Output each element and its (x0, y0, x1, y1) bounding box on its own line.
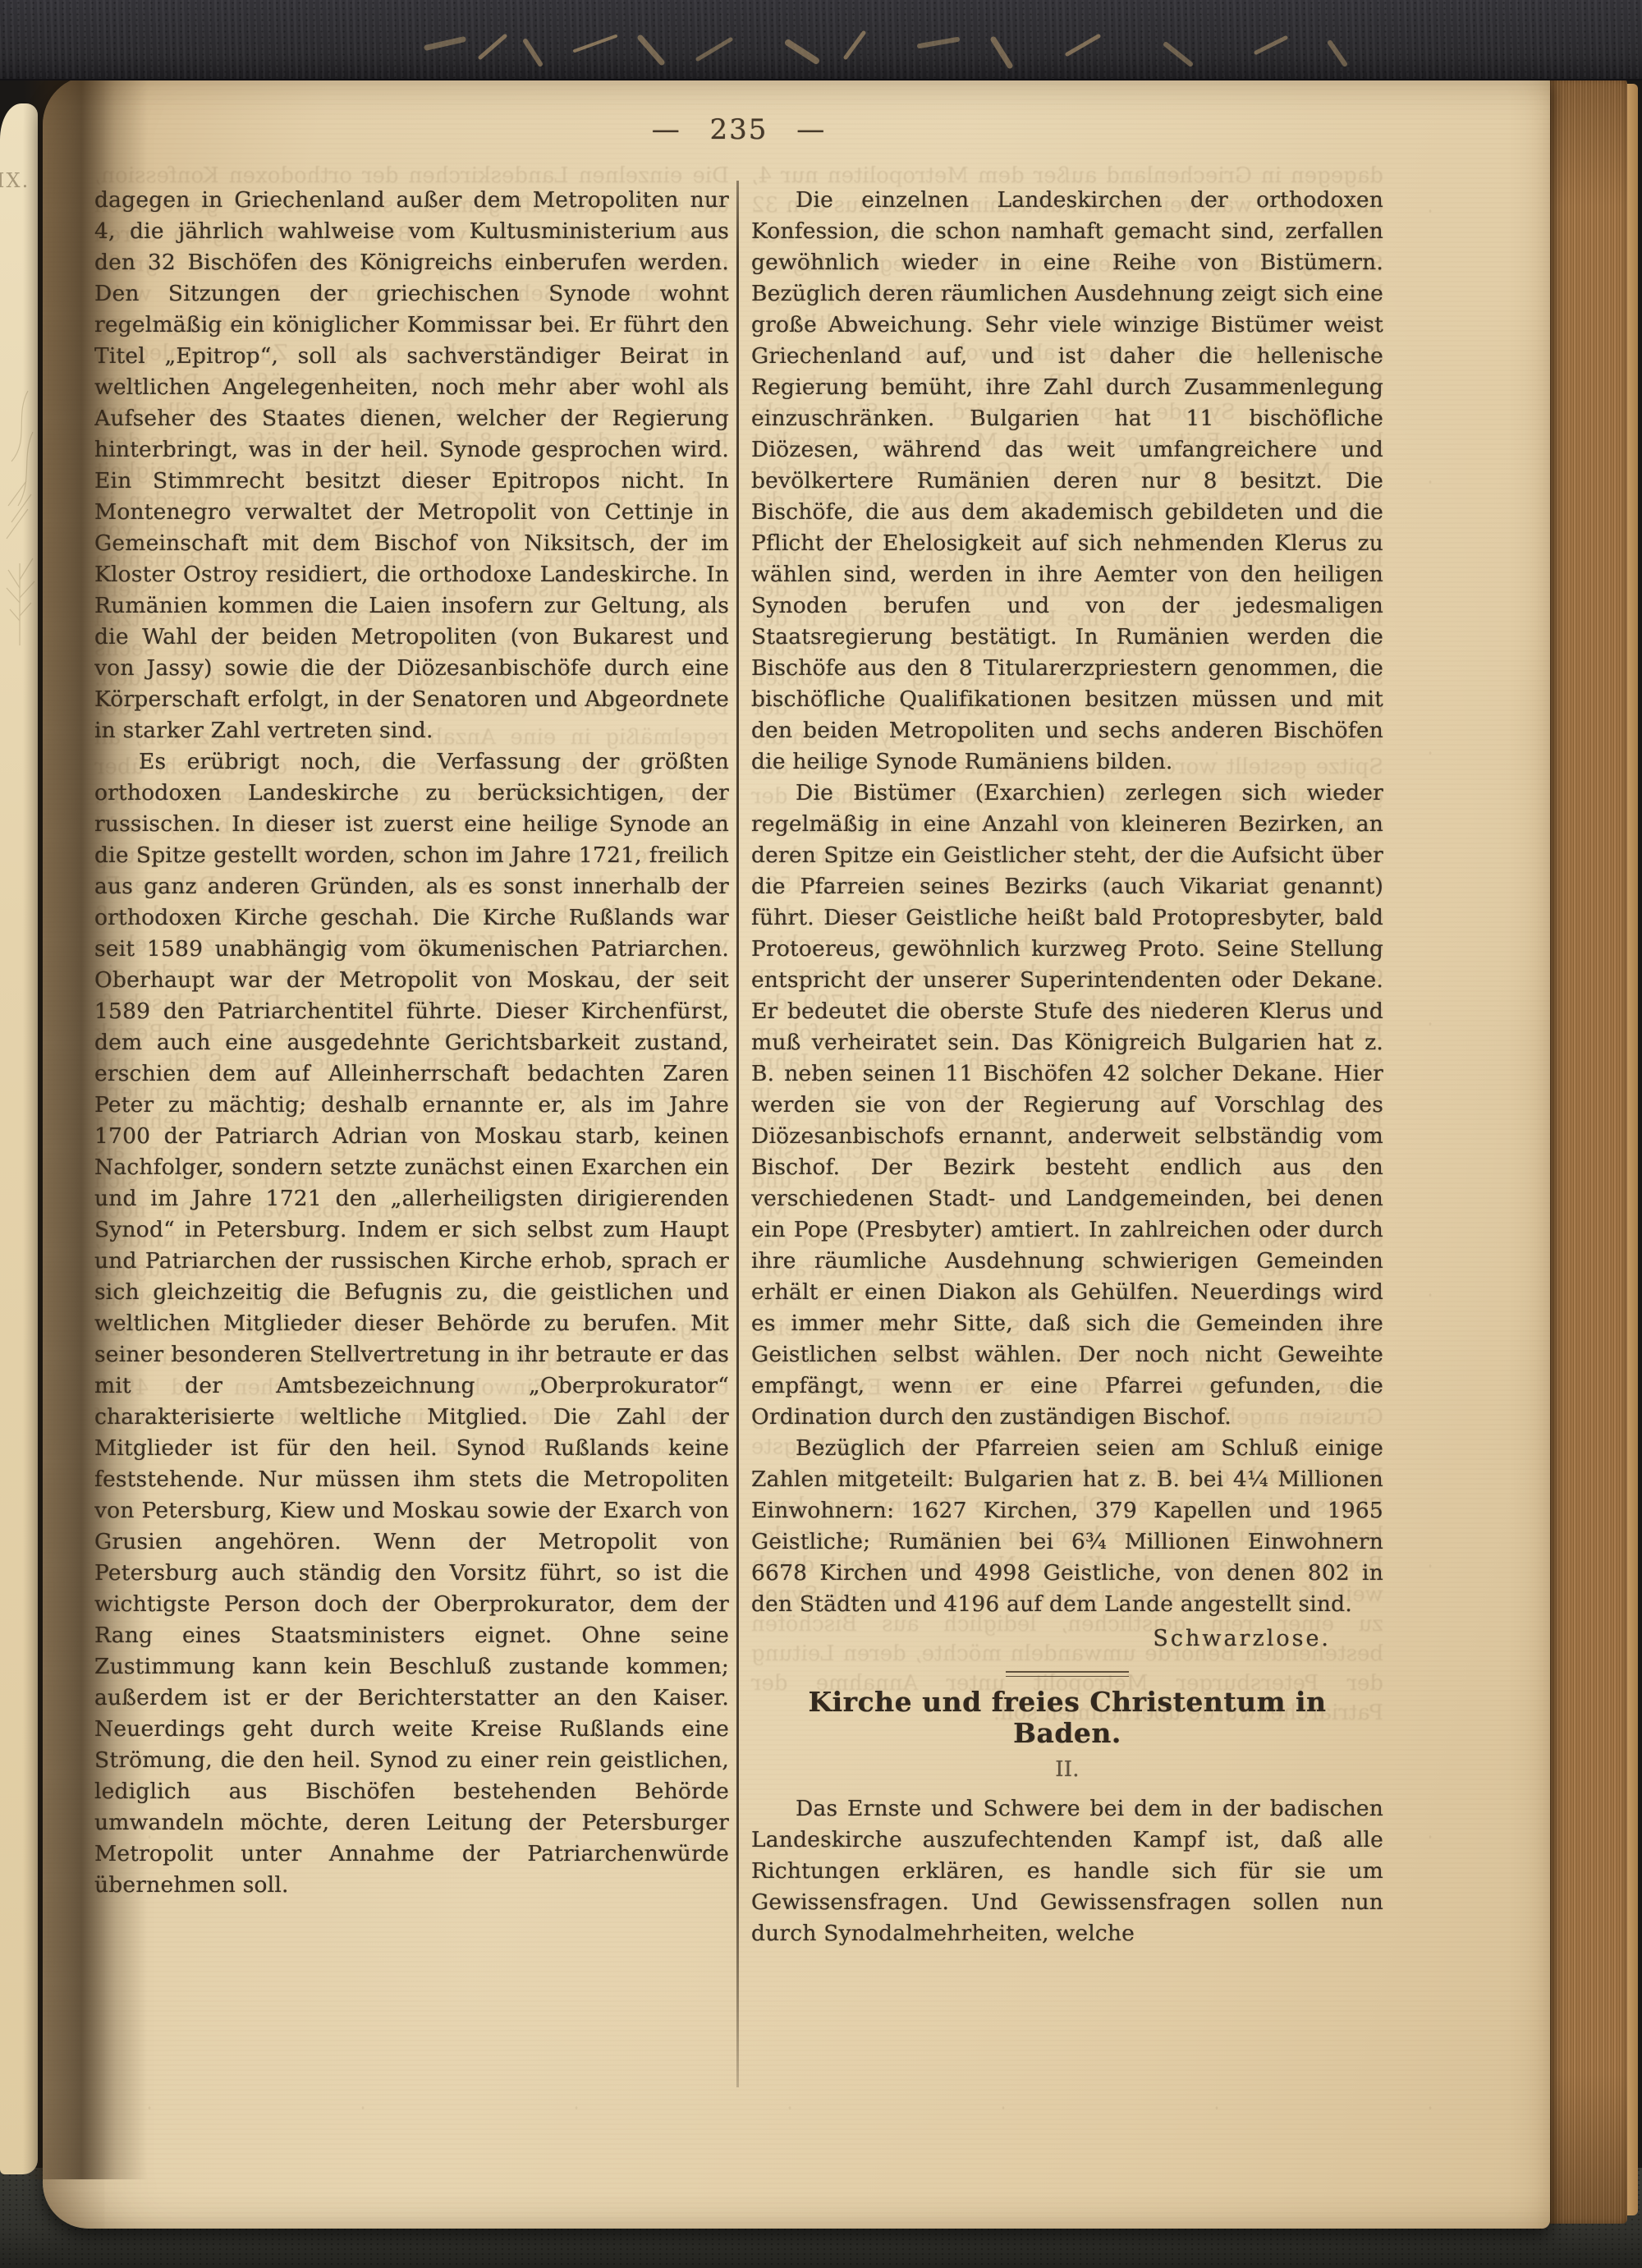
fore-edge-page-stack (1548, 79, 1627, 2224)
paragraph: Das Ernste und Schwere bei dem in der ba… (751, 1793, 1383, 1949)
page-number: — 235 — (94, 113, 1383, 146)
paragraph: dagegen in Griechenland außer dem Metrop… (94, 185, 729, 746)
left-column: dagegen in Griechenland außer dem Metrop… (94, 185, 729, 2082)
facing-page-edge: IX. (0, 103, 38, 2174)
fore-edge-outer-leaf (1627, 84, 1638, 2215)
leather-scuff-marks (0, 0, 1642, 79)
page: Die einzelnen Landeskirchen der orthodox… (43, 76, 1550, 2229)
pencil-sketch-artifact (0, 383, 38, 654)
paragraph: Die Bistümer (Exarchien) zerlegen sich w… (751, 778, 1383, 1433)
column-divider-rule (736, 181, 739, 2087)
section-separator-rule (1006, 1671, 1129, 1677)
right-column: Die einzelnen Landeskirchen der orthodox… (751, 185, 1383, 2082)
book-scan: IX. Die einzelnen Landeskirchen der orth… (0, 0, 1642, 2268)
article-heading: Kirche und freies Christentum in Baden. (751, 1687, 1383, 1749)
author-signature: Schwarzlose. (751, 1623, 1383, 1655)
article-section-numeral: II. (751, 1754, 1383, 1785)
margin-mark: IX. (0, 169, 30, 192)
paragraph: Es erübrigt noch, die Verfassung der grö… (94, 746, 729, 1901)
paragraph: Die einzelnen Landeskirchen der orthodox… (751, 185, 1383, 778)
top-leather-band (0, 0, 1642, 80)
paragraph: Bezüglich der Pfarreien seien am Schluß … (751, 1433, 1383, 1620)
